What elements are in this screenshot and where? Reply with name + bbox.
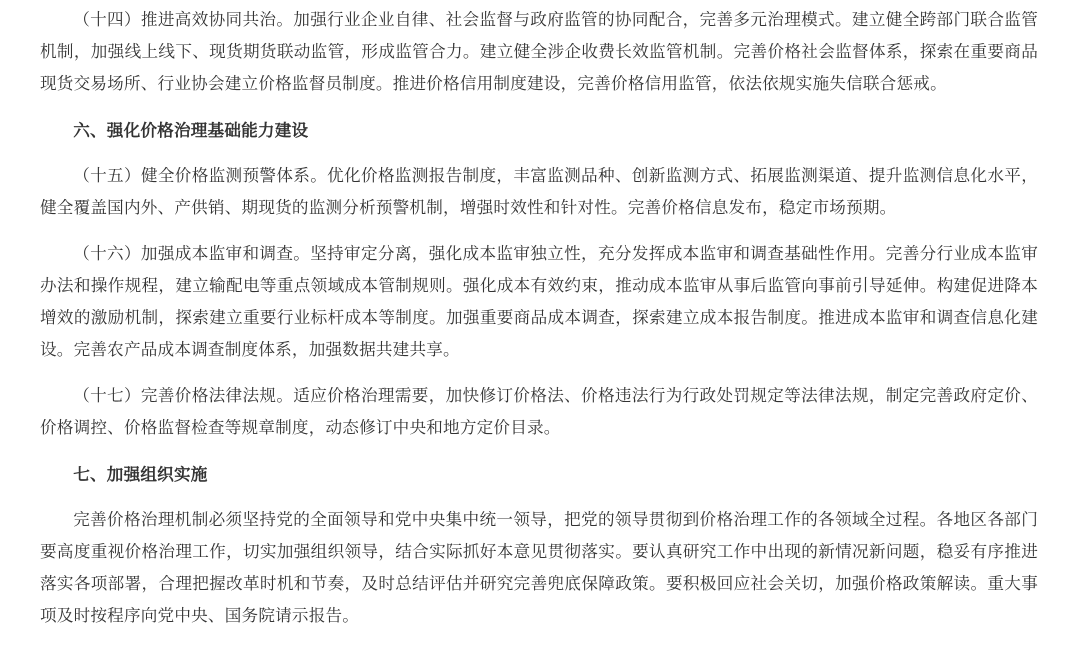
paragraph-15: （十五）健全价格监测预警体系。优化价格监测报告制度，丰富监测品种、创新监测方式、… [40, 160, 1038, 224]
paragraph-implementation: 完善价格治理机制必须坚持党的全面领导和党中央集中统一领导，把党的领导贯彻到价格治… [40, 504, 1038, 632]
paragraph-17: （十七）完善价格法律法规。适应价格治理需要，加快修订价格法、价格违法行为行政处罚… [40, 380, 1038, 444]
article-body: （十四）推进高效协同共治。加强行业企业自律、社会监督与政府监管的协同配合，完善多… [40, 4, 1038, 646]
paragraph-14: （十四）推进高效协同共治。加强行业企业自律、社会监督与政府监管的协同配合，完善多… [40, 4, 1038, 100]
section-heading-6: 六、强化价格治理基础能力建设 [40, 114, 1038, 146]
paragraph-16: （十六）加强成本监审和调查。坚持审定分离，强化成本监审独立性，充分发挥成本监审和… [40, 238, 1038, 366]
section-heading-7: 七、加强组织实施 [40, 458, 1038, 490]
